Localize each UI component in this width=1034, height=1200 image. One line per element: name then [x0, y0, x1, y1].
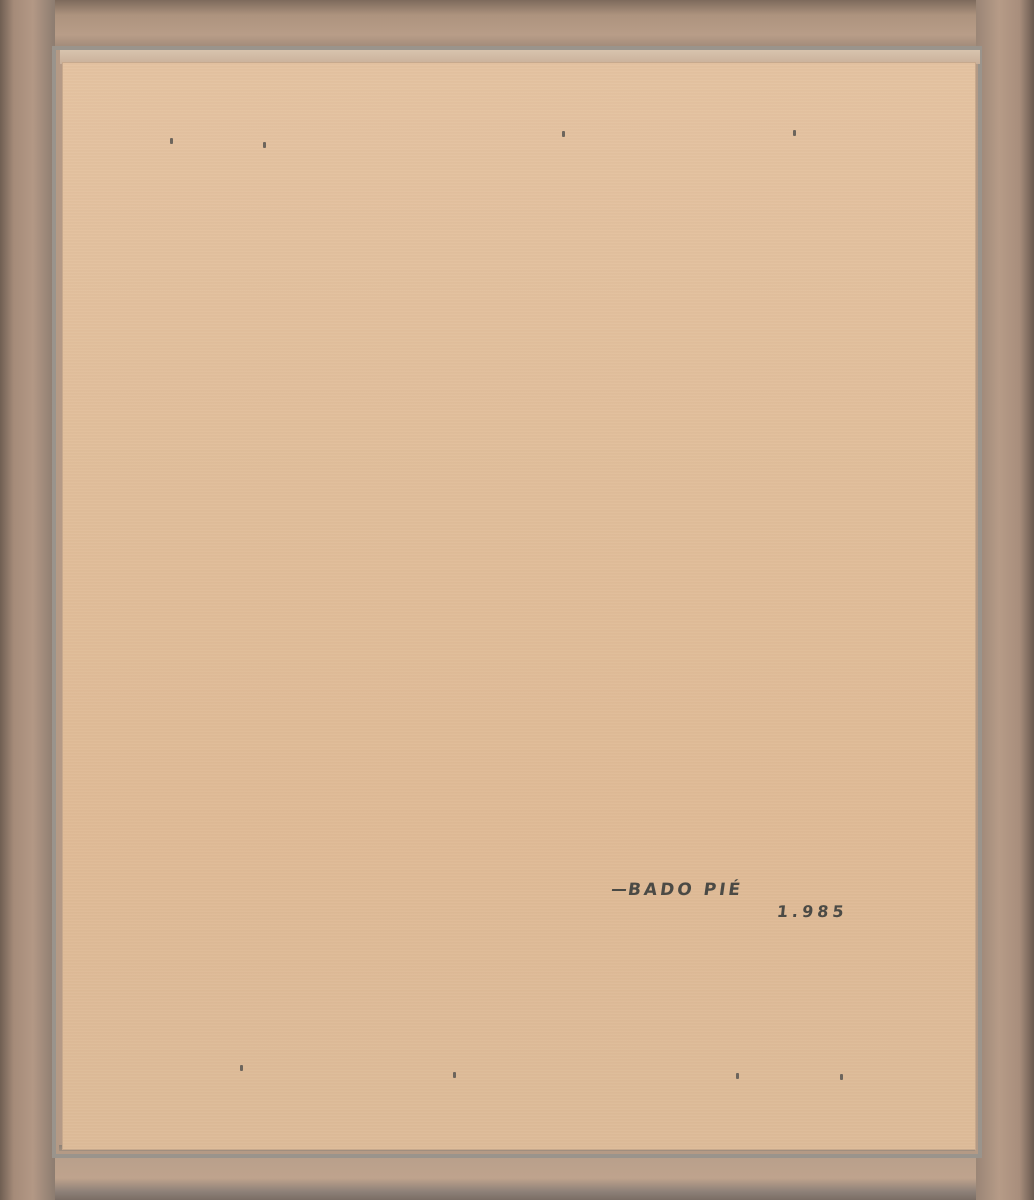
tack-mark	[453, 1072, 456, 1078]
tack-mark	[840, 1074, 843, 1080]
tack-mark	[793, 130, 796, 136]
canvas-panel	[62, 62, 976, 1150]
signature-year: 1.985	[776, 902, 893, 921]
frame-right-rail	[976, 0, 1034, 1200]
tack-mark	[240, 1065, 243, 1071]
frame-left-rail	[0, 0, 55, 1200]
signature-name: BADO PIÉ	[611, 880, 894, 900]
artist-signature: BADO PIÉ 1.985	[612, 880, 892, 921]
tack-mark	[736, 1073, 739, 1079]
tack-mark	[263, 142, 266, 148]
picture-frame: BADO PIÉ 1.985	[0, 0, 1034, 1200]
frame-top-rail	[0, 0, 1034, 50]
tack-mark	[170, 138, 173, 144]
tack-mark	[562, 131, 565, 137]
